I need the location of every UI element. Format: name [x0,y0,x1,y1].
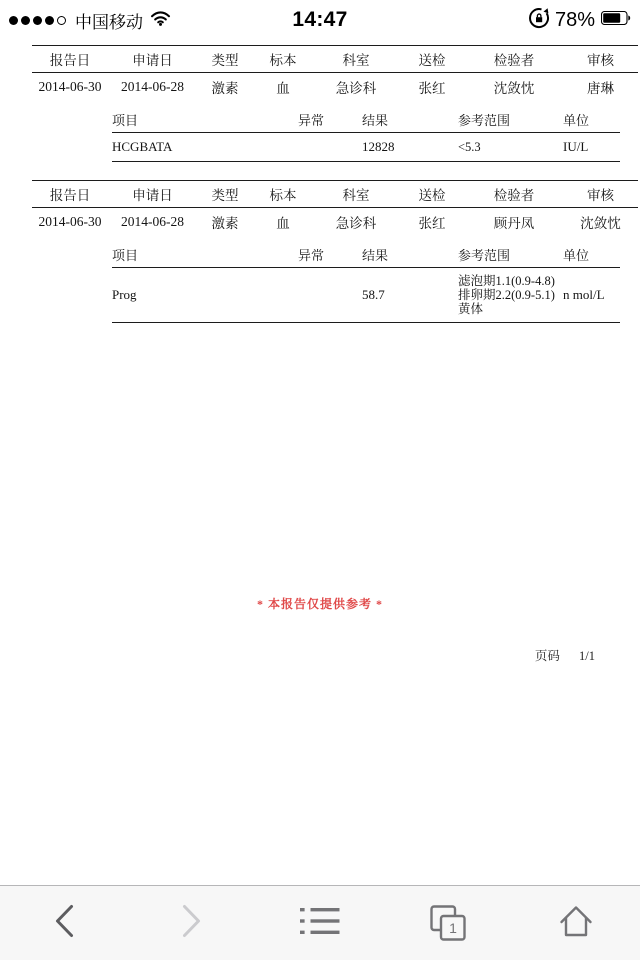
signal-dot [57,16,66,25]
clock-label: 14:47 [292,8,347,32]
tabs-icon: 1 [430,905,466,941]
meta-header-cell: 科室 [313,46,399,73]
meta-header-cell: 检验者 [465,181,563,208]
meta-header-cell: 科室 [313,181,399,208]
meta-header-cell: 审核 [563,181,638,208]
disclaimer-text: * 本报告仅提供参考 * [0,595,640,612]
meta-header-cell: 类型 [197,181,253,208]
meta-header-cell: 检验者 [465,46,563,73]
items-header-cell: 参考范围 [458,242,563,268]
battery-percent-label: 78% [555,9,595,32]
meta-header-cell: 报告日 [32,181,108,208]
meta-value-cell: 唐琳 [563,73,638,101]
meta-table: 报告日申请日类型标本科室送检检验者审核2014-06-302014-06-28激… [32,45,638,101]
meta-value-cell: 2014-06-28 [108,208,197,236]
item-abnormal-cell [298,133,346,162]
signal-dot [45,16,54,25]
battery-icon [601,11,631,30]
items-header-cell: 结果 [346,242,458,268]
item-reference-cell: 滤泡期1.1(0.9-4.8)排卵期2.2(0.9-5.1)黄体 [458,268,563,323]
meta-value-cell: 沈敛忱 [563,208,638,236]
items-header-cell: 项目 [112,242,298,268]
meta-value-cell: 2014-06-28 [108,73,197,101]
item-abnormal-cell [298,268,346,323]
items-header-cell: 单位 [563,242,620,268]
meta-value-cell: 血 [253,73,313,101]
items-header-cell: 结果 [346,107,458,133]
menu-button[interactable] [256,886,384,960]
status-left-group: 中国移动 [9,8,171,33]
report-block: 报告日申请日类型标本科室送检检验者审核2014-06-302014-06-28激… [0,45,640,162]
signal-dots [9,16,69,25]
back-icon [53,904,75,943]
status-right-group: 78% [528,7,631,34]
browser-toolbar: 1 [0,885,640,960]
meta-value-row: 2014-06-302014-06-28激素血急诊科张红沈敛忱唐琳 [32,73,638,101]
meta-value-cell: 急诊科 [313,208,399,236]
item-name-cell: Prog [112,268,298,323]
report-page: 报告日申请日类型标本科室送检检验者审核2014-06-302014-06-28激… [0,45,640,664]
items-table: 项目异常结果参考范围单位Prog58.7滤泡期1.1(0.9-4.8)排卵期2.… [112,242,620,324]
items-table: 项目异常结果参考范围单位HCGBATA12828<5.3IU/L [112,107,620,163]
item-unit-cell: n mol/L [563,268,620,323]
meta-value-cell: 张红 [399,208,465,236]
meta-value-cell: 血 [253,208,313,236]
tab-count-badge: 1 [441,916,465,940]
items-header-cell: 项目 [112,107,298,133]
status-bar: 中国移动 14:47 78% [0,0,640,40]
meta-header-row: 报告日申请日类型标本科室送检检验者审核 [32,46,638,73]
meta-table: 报告日申请日类型标本科室送检检验者审核2014-06-302014-06-28激… [32,180,638,236]
meta-value-cell: 激素 [197,73,253,101]
home-icon [558,904,594,943]
page-indicator: 页码 1/1 [0,646,640,664]
item-reference-cell: <5.3 [458,133,563,162]
rotation-lock-icon [528,7,550,34]
meta-header-cell: 送检 [399,46,465,73]
meta-value-cell: 急诊科 [313,73,399,101]
meta-value-cell: 激素 [197,208,253,236]
meta-value-cell: 张红 [399,73,465,101]
meta-header-cell: 类型 [197,46,253,73]
page-value: 1/1 [579,649,595,664]
signal-dot [33,16,42,25]
forward-button[interactable] [128,886,256,960]
items-header-cell: 参考范围 [458,107,563,133]
wifi-icon [150,10,171,31]
item-row: Prog58.7滤泡期1.1(0.9-4.8)排卵期2.2(0.9-5.1)黄体… [112,268,620,323]
items-header-cell: 单位 [563,107,620,133]
forward-icon [181,904,203,943]
list-icon [300,906,340,941]
items-header-row: 项目异常结果参考范围单位 [112,107,620,133]
signal-dot [9,16,18,25]
meta-value-cell: 顾丹凤 [465,208,563,236]
report-list: 报告日申请日类型标本科室送检检验者审核2014-06-302014-06-28激… [0,45,640,323]
meta-header-cell: 申请日 [108,181,197,208]
carrier-label: 中国移动 [75,8,143,33]
items-header-row: 项目异常结果参考范围单位 [112,242,620,268]
tabs-button[interactable]: 1 [384,886,512,960]
page-label: 页码 [535,649,560,663]
item-result-cell: 58.7 [346,268,458,323]
meta-header-cell: 送检 [399,181,465,208]
report-block: 报告日申请日类型标本科室送检检验者审核2014-06-302014-06-28激… [0,180,640,323]
items-header-cell: 异常 [298,107,346,133]
meta-value-row: 2014-06-302014-06-28激素血急诊科张红顾丹凤沈敛忱 [32,208,638,236]
meta-header-cell: 审核 [563,46,638,73]
item-unit-cell: IU/L [563,133,620,162]
meta-header-cell: 申请日 [108,46,197,73]
item-row: HCGBATA12828<5.3IU/L [112,133,620,162]
meta-header-cell: 标本 [253,181,313,208]
meta-value-cell: 沈敛忱 [465,73,563,101]
item-result-cell: 12828 [346,133,458,162]
meta-header-cell: 标本 [253,46,313,73]
meta-header-cell: 报告日 [32,46,108,73]
item-name-cell: HCGBATA [112,133,298,162]
meta-value-cell: 2014-06-30 [32,73,108,101]
home-button[interactable] [512,886,640,960]
signal-dot [21,16,30,25]
back-button[interactable] [0,886,128,960]
meta-value-cell: 2014-06-30 [32,208,108,236]
items-header-cell: 异常 [298,242,346,268]
meta-header-row: 报告日申请日类型标本科室送检检验者审核 [32,181,638,208]
